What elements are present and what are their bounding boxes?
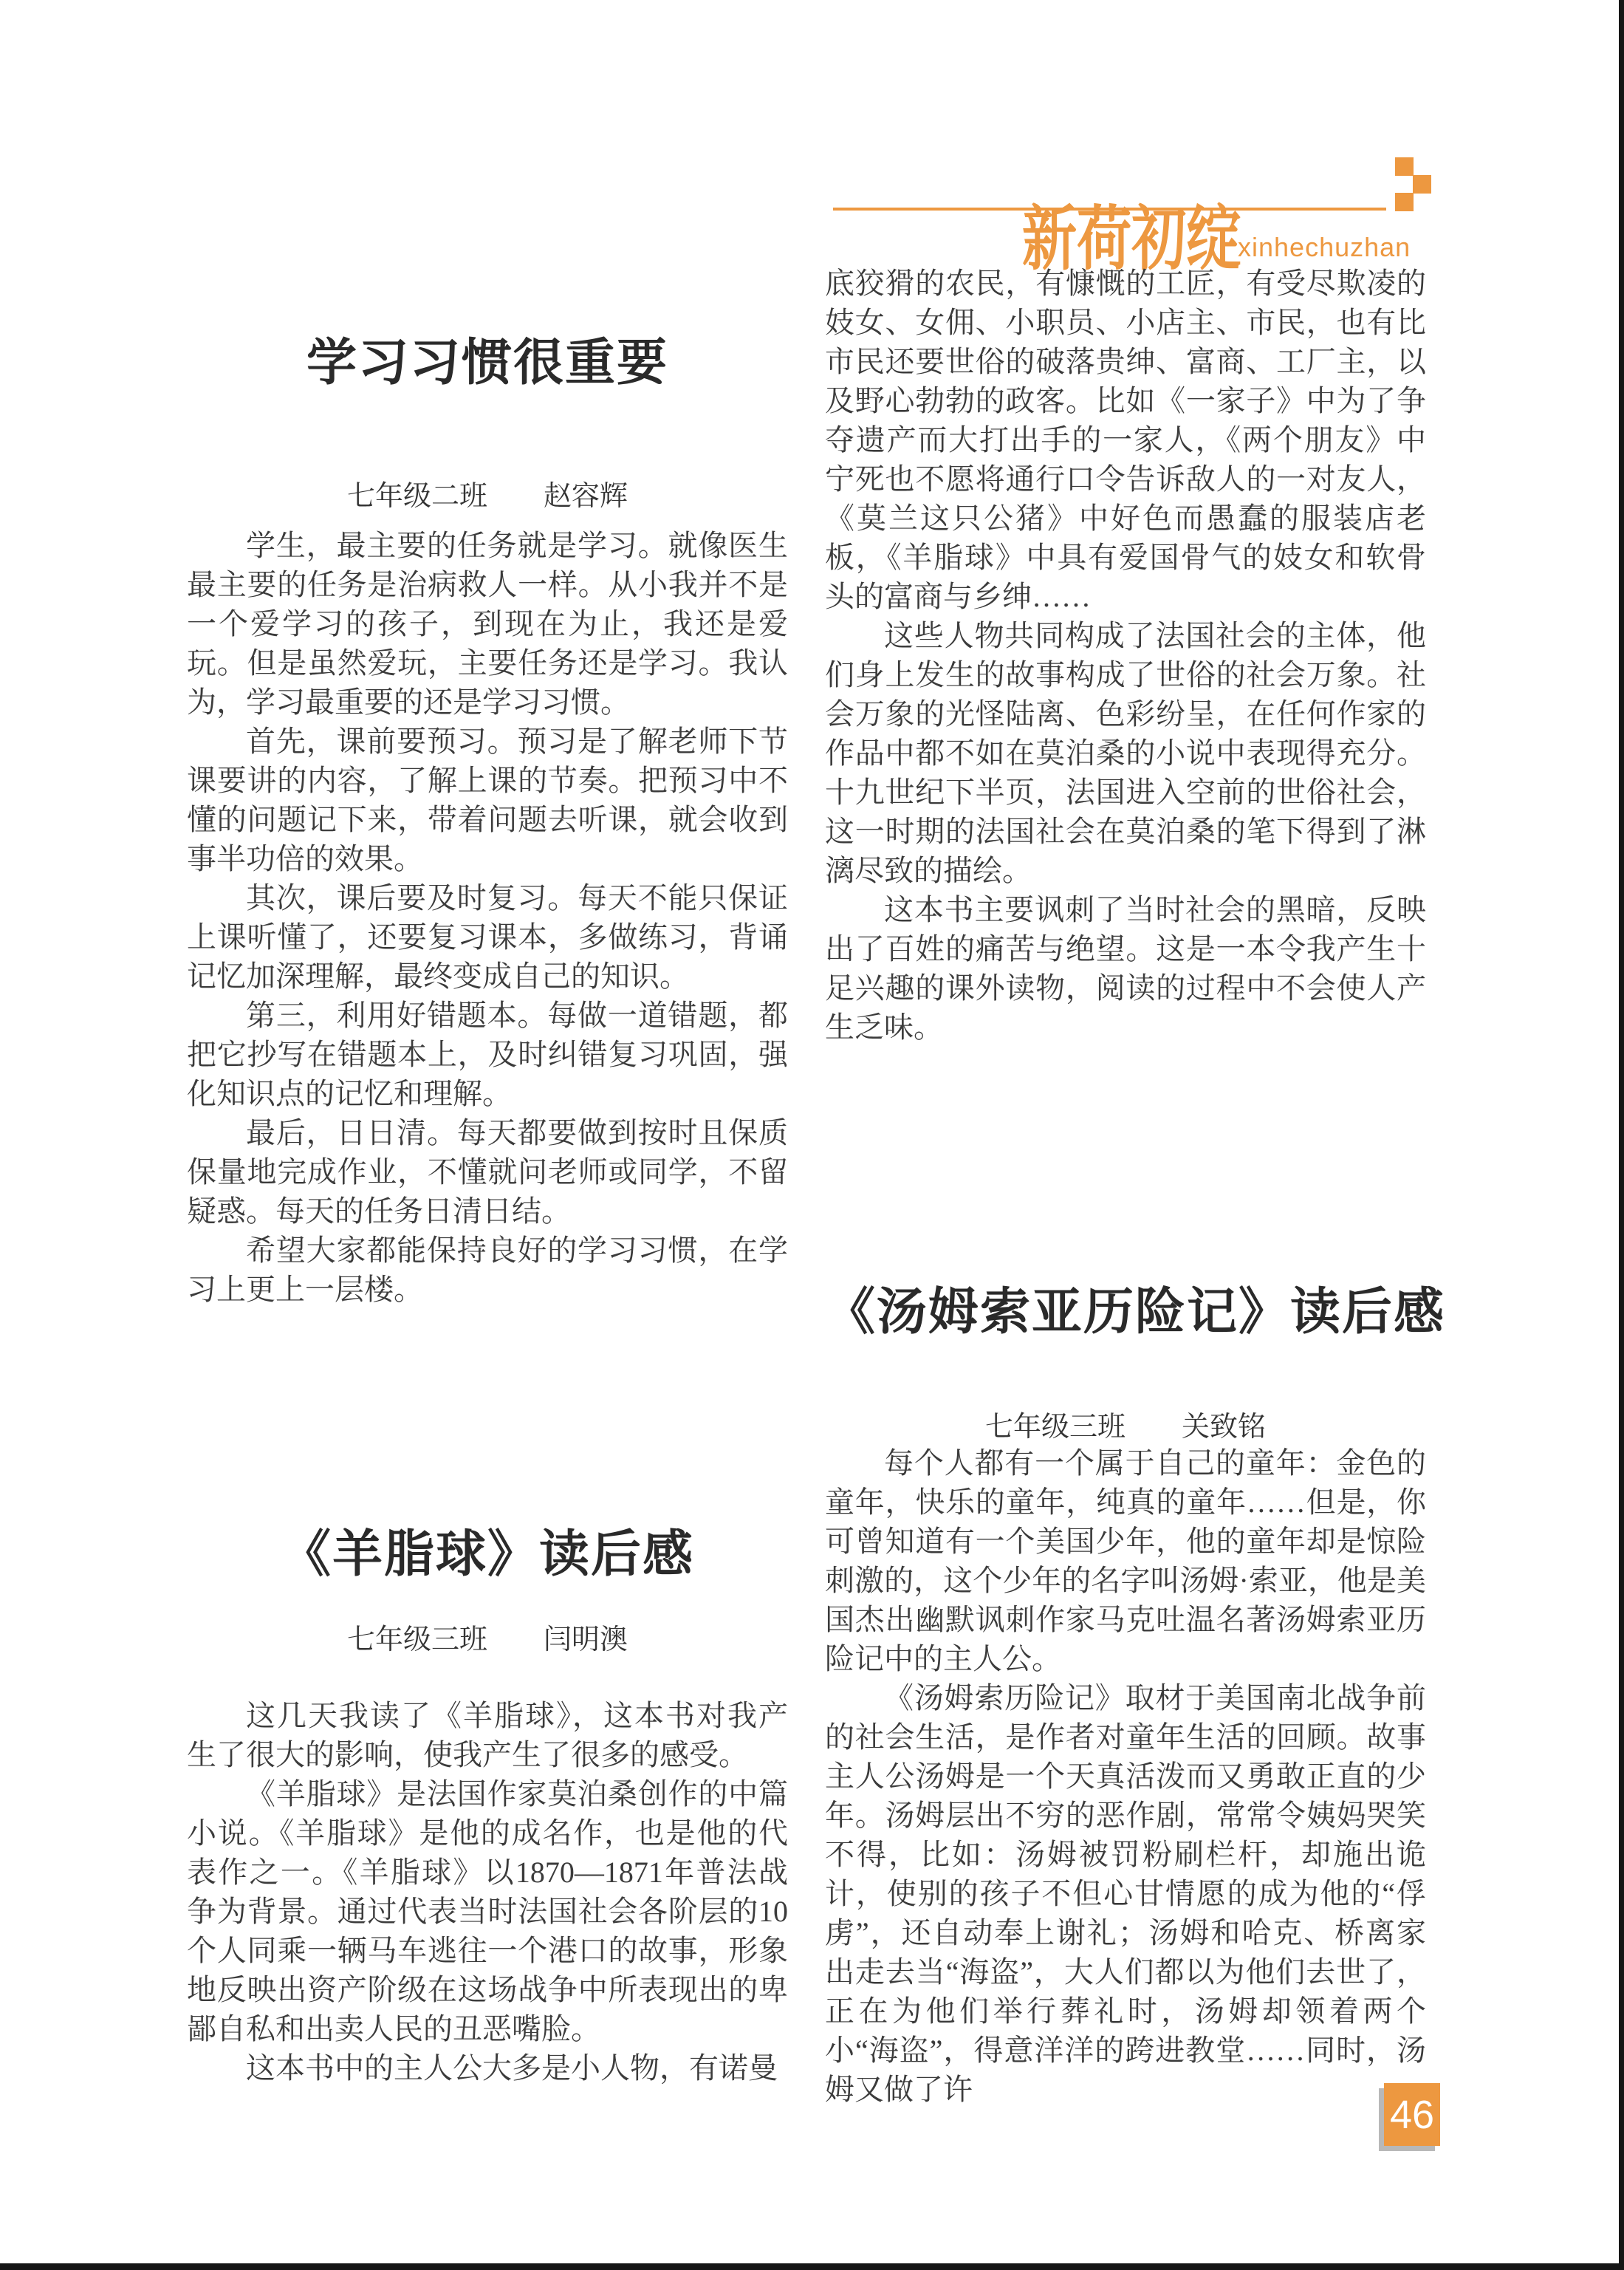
paragraph: 第三，利用好错题本。每做一道错题，都把它抄写在错题本上，及时纠错复习巩固，强化知…	[187, 996, 788, 1113]
author-name: 闫明澳	[544, 1624, 628, 1655]
article-author-yangzhiqiu: 七年级三班闫明澳	[187, 1616, 788, 1657]
page-edge-right	[1619, 0, 1624, 2270]
magazine-page: 新荷初绽 xinhechuzhan 学习习惯很重要 七年级二班赵容辉 学生，最主…	[0, 0, 1624, 2270]
article-author-tom-sawyer: 七年级三班关致铭	[825, 1404, 1426, 1444]
header-square-icon	[1395, 193, 1414, 211]
paragraph: 这几天我读了《羊脂球》，这本书对我产生了很大的影响，使我产生了很多的感受。	[187, 1696, 788, 1774]
article-author-study-habits: 七年级二班赵容辉	[187, 473, 788, 513]
article-title-study-habits: 学习习惯很重要	[187, 323, 788, 394]
paragraph: 《羊脂球》是法国作家莫泊桑创作的中篇小说。《羊脂球》是他的成名作，也是他的代表作…	[187, 1774, 788, 2048]
header-rule	[833, 208, 1386, 211]
paragraph: 希望大家都能保持良好的学习习惯，在学习上更上一层楼。	[187, 1231, 788, 1309]
paragraph: 这本书主要讽刺了当时社会的黑暗，反映出了百姓的痛苦与绝望。这是一本令我产生十足兴…	[825, 890, 1426, 1047]
author-name: 关致铭	[1182, 1412, 1266, 1443]
paragraph: 这本书中的主人公大多是小人物，有诺曼	[187, 2048, 788, 2088]
page-number-badge: 46	[1384, 2083, 1440, 2146]
article-body-tom-sawyer: 每个人都有一个属于自己的童年：金色的童年，快乐的童年，纯真的童年……但是，你可曾…	[825, 1443, 1426, 2109]
article-title-tom-sawyer: 《汤姆索亚历险记》读后感	[825, 1272, 1426, 1344]
author-class: 七年级三班	[985, 1412, 1126, 1443]
header-square-icon	[1395, 157, 1414, 176]
page-edge-bottom	[0, 2263, 1624, 2270]
article-body-yangzhiqiu-continuation: 底狡猾的农民，有慷慨的工匠，有受尽欺凌的妓女、女佣、小职员、小店主、市民，也有比…	[825, 264, 1426, 1047]
header-square-icon	[1413, 175, 1431, 194]
paragraph: 学生，最主要的任务就是学习。就像医生最主要的任务是治病救人一样。从小我并不是一个…	[187, 526, 788, 722]
article-title-yangzhiqiu: 《羊脂球》读后感	[187, 1514, 788, 1586]
paragraph: 每个人都有一个属于自己的童年：金色的童年，快乐的童年，纯真的童年……但是，你可曾…	[825, 1443, 1426, 1678]
author-name: 赵容辉	[544, 481, 628, 512]
author-class: 七年级二班	[347, 481, 487, 512]
paragraph: 《汤姆索历险记》取材于美国南北战争前的社会生活，是作者对童年生活的回顾。故事主人…	[825, 1678, 1426, 2109]
article-body-study-habits: 学生，最主要的任务就是学习。就像医生最主要的任务是治病救人一样。从小我并不是一个…	[187, 526, 788, 1309]
article-body-yangzhiqiu: 这几天我读了《羊脂球》，这本书对我产生了很大的影响，使我产生了很多的感受。《羊脂…	[187, 1696, 788, 2088]
author-class: 七年级三班	[347, 1624, 487, 1655]
paragraph: 这些人物共同构成了法国社会的主体，他们身上发生的故事构成了世俗的社会万象。社会万…	[825, 616, 1426, 890]
paragraph: 底狡猾的农民，有慷慨的工匠，有受尽欺凌的妓女、女佣、小职员、小店主、市民，也有比…	[825, 264, 1426, 616]
paragraph: 最后，日日清。每天都要做到按时且保质保量地完成作业，不懂就问老师或同学，不留疑惑…	[187, 1113, 788, 1231]
paragraph: 其次，课后要及时复习。每天不能只保证上课听懂了，还要复习课本，多做练习，背诵记忆…	[187, 878, 788, 996]
paragraph: 首先，课前要预习。预习是了解老师下节课要讲的内容，了解上课的节奏。把预习中不懂的…	[187, 722, 788, 878]
brand-subtitle: xinhechuzhan	[1238, 232, 1411, 263]
